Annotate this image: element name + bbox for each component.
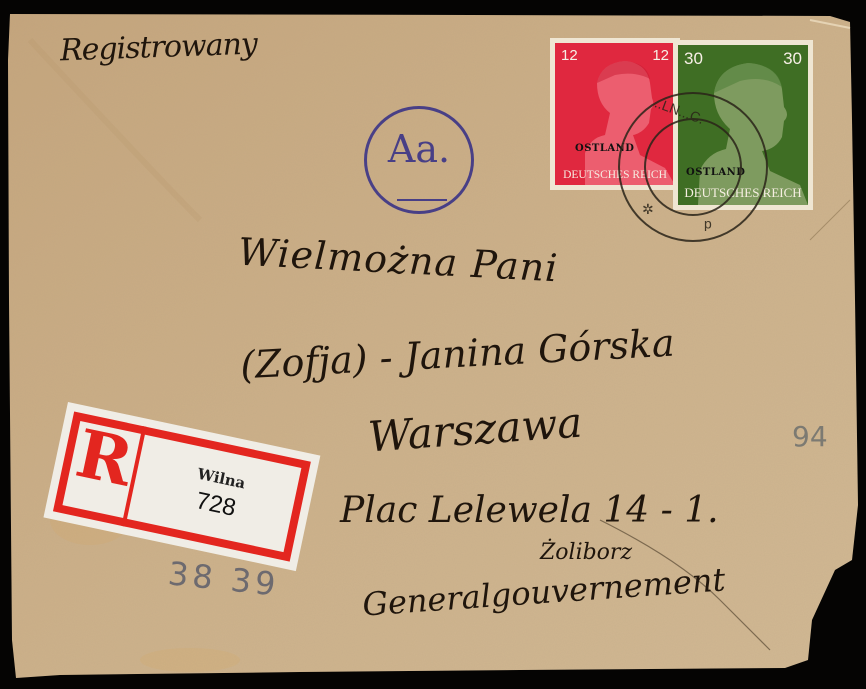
stamp-value-left: 12	[561, 47, 578, 64]
pencil-note-right: 94	[792, 420, 828, 453]
stamp-value-left: 30	[684, 49, 703, 69]
stamp-value-right: 12	[652, 47, 669, 64]
envelope: Registrowany Aa. 12 12 OSTLAND DEUTSCHES…	[0, 0, 866, 689]
censor-mark: Aa.	[364, 106, 474, 214]
postmark-letter: d	[704, 218, 712, 234]
censor-mark-text: Aa.	[367, 127, 471, 171]
stamp-value-right: 30	[783, 49, 802, 69]
censor-underline	[397, 199, 447, 201]
sender-note: Registrowany	[59, 27, 257, 69]
address-line-4: Plac Lelewela 14 - 1.	[340, 490, 719, 531]
postmark-symbol: ✲	[642, 202, 654, 218]
postmark: ...LN...C. ✲ d	[618, 92, 768, 242]
address-line-5: Żoliborz	[540, 540, 632, 565]
postmark-inner-ring	[644, 118, 742, 216]
